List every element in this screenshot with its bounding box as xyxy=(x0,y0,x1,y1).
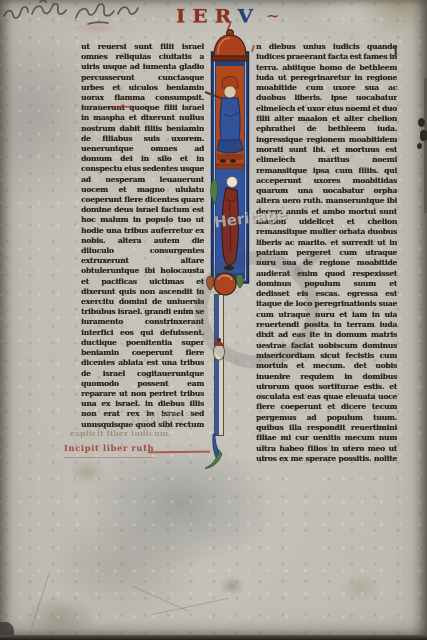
running-title-letter: I xyxy=(176,5,192,28)
text-column-left: ut reuersi sunt filii israel omnes reliq… xyxy=(81,42,204,429)
manuscript-photo: IERV∼ ut reuersi sunt filii israel omnes… xyxy=(0,0,427,640)
scratch xyxy=(31,571,50,628)
margin-mark: J xyxy=(393,44,398,57)
rubric-line-faded xyxy=(64,457,154,458)
rubric-line xyxy=(148,451,210,453)
ink-blot xyxy=(418,118,425,127)
faded-ink-smudge xyxy=(70,22,120,34)
historiated-initial-I xyxy=(205,22,255,470)
photo-edge-bottom xyxy=(0,635,427,640)
explicit-rubric-faded: explicit liber iudicum. xyxy=(70,429,220,438)
ink-blot xyxy=(420,130,427,141)
ink-blot xyxy=(417,143,422,149)
watermark-ring xyxy=(193,250,323,372)
title-flourish: ∼ xyxy=(266,7,279,25)
incipit-rubric: Incipit liber ruth xyxy=(64,443,154,453)
